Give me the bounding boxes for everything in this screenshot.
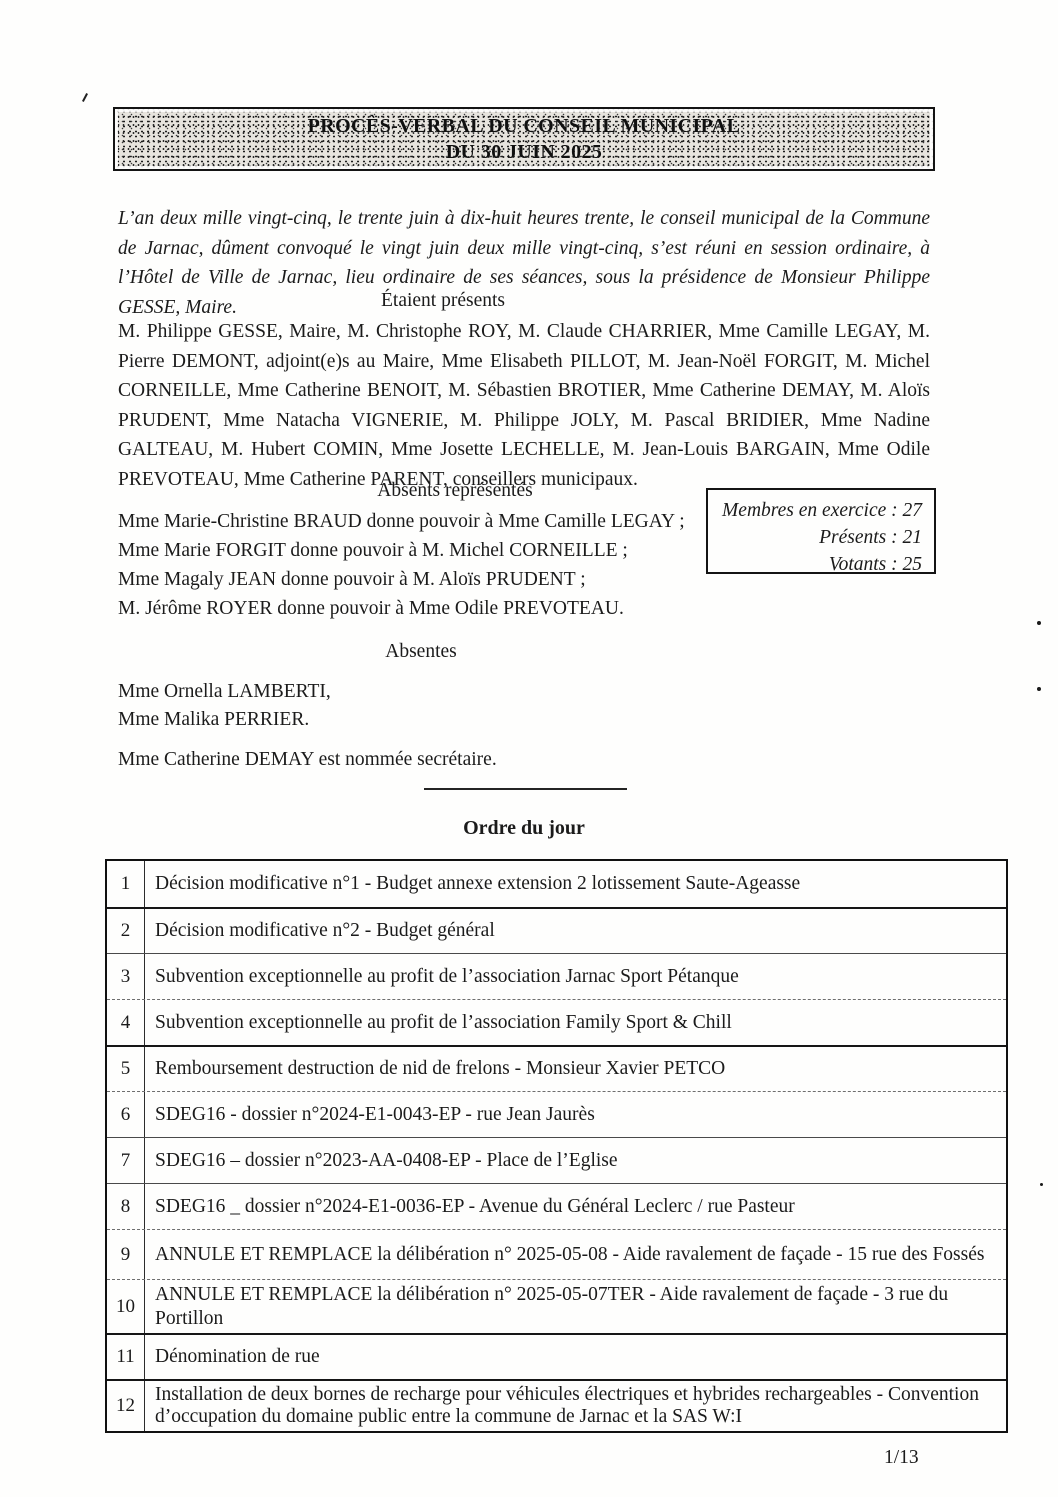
agenda-row-text: ANNULE ET REMPLACE la délibération n° 20… bbox=[145, 1230, 1006, 1279]
agenda-row-number: 4 bbox=[107, 1000, 145, 1045]
agenda-row-text: Dénomination de rue bbox=[145, 1335, 1006, 1379]
presents-list: M. Philippe GESSE, Maire, M. Christophe … bbox=[118, 317, 930, 494]
proxy-line: Mme Magaly JEAN donne pouvoir à M. Aloïs… bbox=[118, 565, 685, 594]
heading-absentes: Absentes bbox=[118, 641, 930, 663]
agenda-row-number: 11 bbox=[107, 1335, 145, 1379]
absent-member: Mme Malika PERRIER. bbox=[118, 706, 331, 734]
agenda-row-text: SDEG16 _ dossier n°2024-E1-0036-EP - Ave… bbox=[145, 1184, 1006, 1229]
heading-ordre-du-jour: Ordre du jour bbox=[118, 817, 930, 840]
agenda-row-number: 5 bbox=[107, 1047, 145, 1091]
members-in-office: Membres en exercice : 27 bbox=[708, 497, 922, 524]
document-page: PROCÈS-VERBAL DU CONSEIL MUNICIPAL DU 30… bbox=[0, 0, 1058, 1497]
agenda-row-number: 2 bbox=[107, 909, 145, 953]
table-row: 5 Remboursement destruction de nid de fr… bbox=[107, 1045, 1006, 1091]
agenda-table: 1 Décision modificative n°1 - Budget ann… bbox=[105, 859, 1008, 1433]
agenda-row-number: 12 bbox=[107, 1381, 145, 1431]
agenda-row-text: Décision modificative n°2 - Budget génér… bbox=[145, 909, 1006, 953]
document-title-line1: PROCÈS-VERBAL DU CONSEIL MUNICIPAL bbox=[308, 113, 741, 139]
scan-speck bbox=[1040, 1183, 1043, 1186]
scan-tick-mark bbox=[82, 93, 88, 102]
secretary-line: Mme Catherine DEMAY est nommée secrétair… bbox=[118, 749, 497, 771]
absent-member: Mme Ornella LAMBERTI, bbox=[118, 678, 331, 706]
table-row: 8 SDEG16 _ dossier n°2024-E1-0036-EP - A… bbox=[107, 1183, 1006, 1229]
agenda-row-number: 1 bbox=[107, 861, 145, 907]
table-row: 6 SDEG16 - dossier n°2024-E1-0043-EP - r… bbox=[107, 1091, 1006, 1137]
agenda-row-text: SDEG16 - dossier n°2024-E1-0043-EP - rue… bbox=[145, 1092, 1006, 1137]
document-title-line2: DU 30 JUIN 2025 bbox=[446, 139, 603, 165]
agenda-row-text: SDEG16 – dossier n°2023-AA-0408-EP - Pla… bbox=[145, 1138, 1006, 1183]
table-row: 10 ANNULE ET REMPLACE la délibération n°… bbox=[107, 1279, 1006, 1333]
agenda-row-text: Installation de deux bornes de recharge … bbox=[145, 1381, 1006, 1431]
table-row: 3 Subvention exceptionnelle au profit de… bbox=[107, 953, 1006, 999]
separator-rule bbox=[424, 788, 627, 790]
table-row: 2 Décision modificative n°2 - Budget gén… bbox=[107, 907, 1006, 953]
table-row: 9 ANNULE ET REMPLACE la délibération n° … bbox=[107, 1229, 1006, 1279]
heading-etaient-presents: Étaient présents bbox=[118, 290, 930, 312]
table-row: 11 Dénomination de rue bbox=[107, 1333, 1006, 1379]
page-number: 1/13 bbox=[884, 1447, 919, 1469]
agenda-row-number: 9 bbox=[107, 1230, 145, 1279]
table-row: 1 Décision modificative n°1 - Budget ann… bbox=[107, 861, 1006, 907]
agenda-row-number: 10 bbox=[107, 1280, 145, 1333]
table-row: 7 SDEG16 – dossier n°2023-AA-0408-EP - P… bbox=[107, 1137, 1006, 1183]
table-row: 4 Subvention exceptionnelle au profit de… bbox=[107, 999, 1006, 1045]
table-row: 12 Installation de deux bornes de rechar… bbox=[107, 1379, 1006, 1431]
members-voting: Votants : 25 bbox=[708, 551, 922, 578]
absentes-list: Mme Ornella LAMBERTI, Mme Malika PERRIER… bbox=[118, 678, 331, 734]
agenda-row-number: 8 bbox=[107, 1184, 145, 1229]
title-banner: PROCÈS-VERBAL DU CONSEIL MUNICIPAL DU 30… bbox=[113, 107, 935, 171]
proxy-line: Mme Marie FORGIT donne pouvoir à M. Mich… bbox=[118, 536, 685, 565]
agenda-row-number: 7 bbox=[107, 1138, 145, 1183]
scan-speck bbox=[1037, 621, 1041, 625]
proxy-line: M. Jérôme ROYER donne pouvoir à Mme Odil… bbox=[118, 594, 685, 623]
agenda-row-text: ANNULE ET REMPLACE la délibération n° 20… bbox=[145, 1280, 1006, 1333]
agenda-row-text: Subvention exceptionnelle au profit de l… bbox=[145, 1000, 1006, 1045]
absents-representes-list: Mme Marie-Christine BRAUD donne pouvoir … bbox=[118, 507, 685, 623]
agenda-row-number: 3 bbox=[107, 954, 145, 999]
agenda-row-text: Remboursement destruction de nid de frel… bbox=[145, 1047, 1006, 1091]
agenda-row-text: Subvention exceptionnelle au profit de l… bbox=[145, 954, 1006, 999]
scan-speck bbox=[1037, 687, 1041, 691]
members-count-box: Membres en exercice : 27 Présents : 21 V… bbox=[706, 488, 936, 574]
proxy-line: Mme Marie-Christine BRAUD donne pouvoir … bbox=[118, 507, 685, 536]
members-present: Présents : 21 bbox=[708, 524, 922, 551]
agenda-row-number: 6 bbox=[107, 1092, 145, 1137]
agenda-row-text: Décision modificative n°1 - Budget annex… bbox=[145, 861, 1006, 907]
